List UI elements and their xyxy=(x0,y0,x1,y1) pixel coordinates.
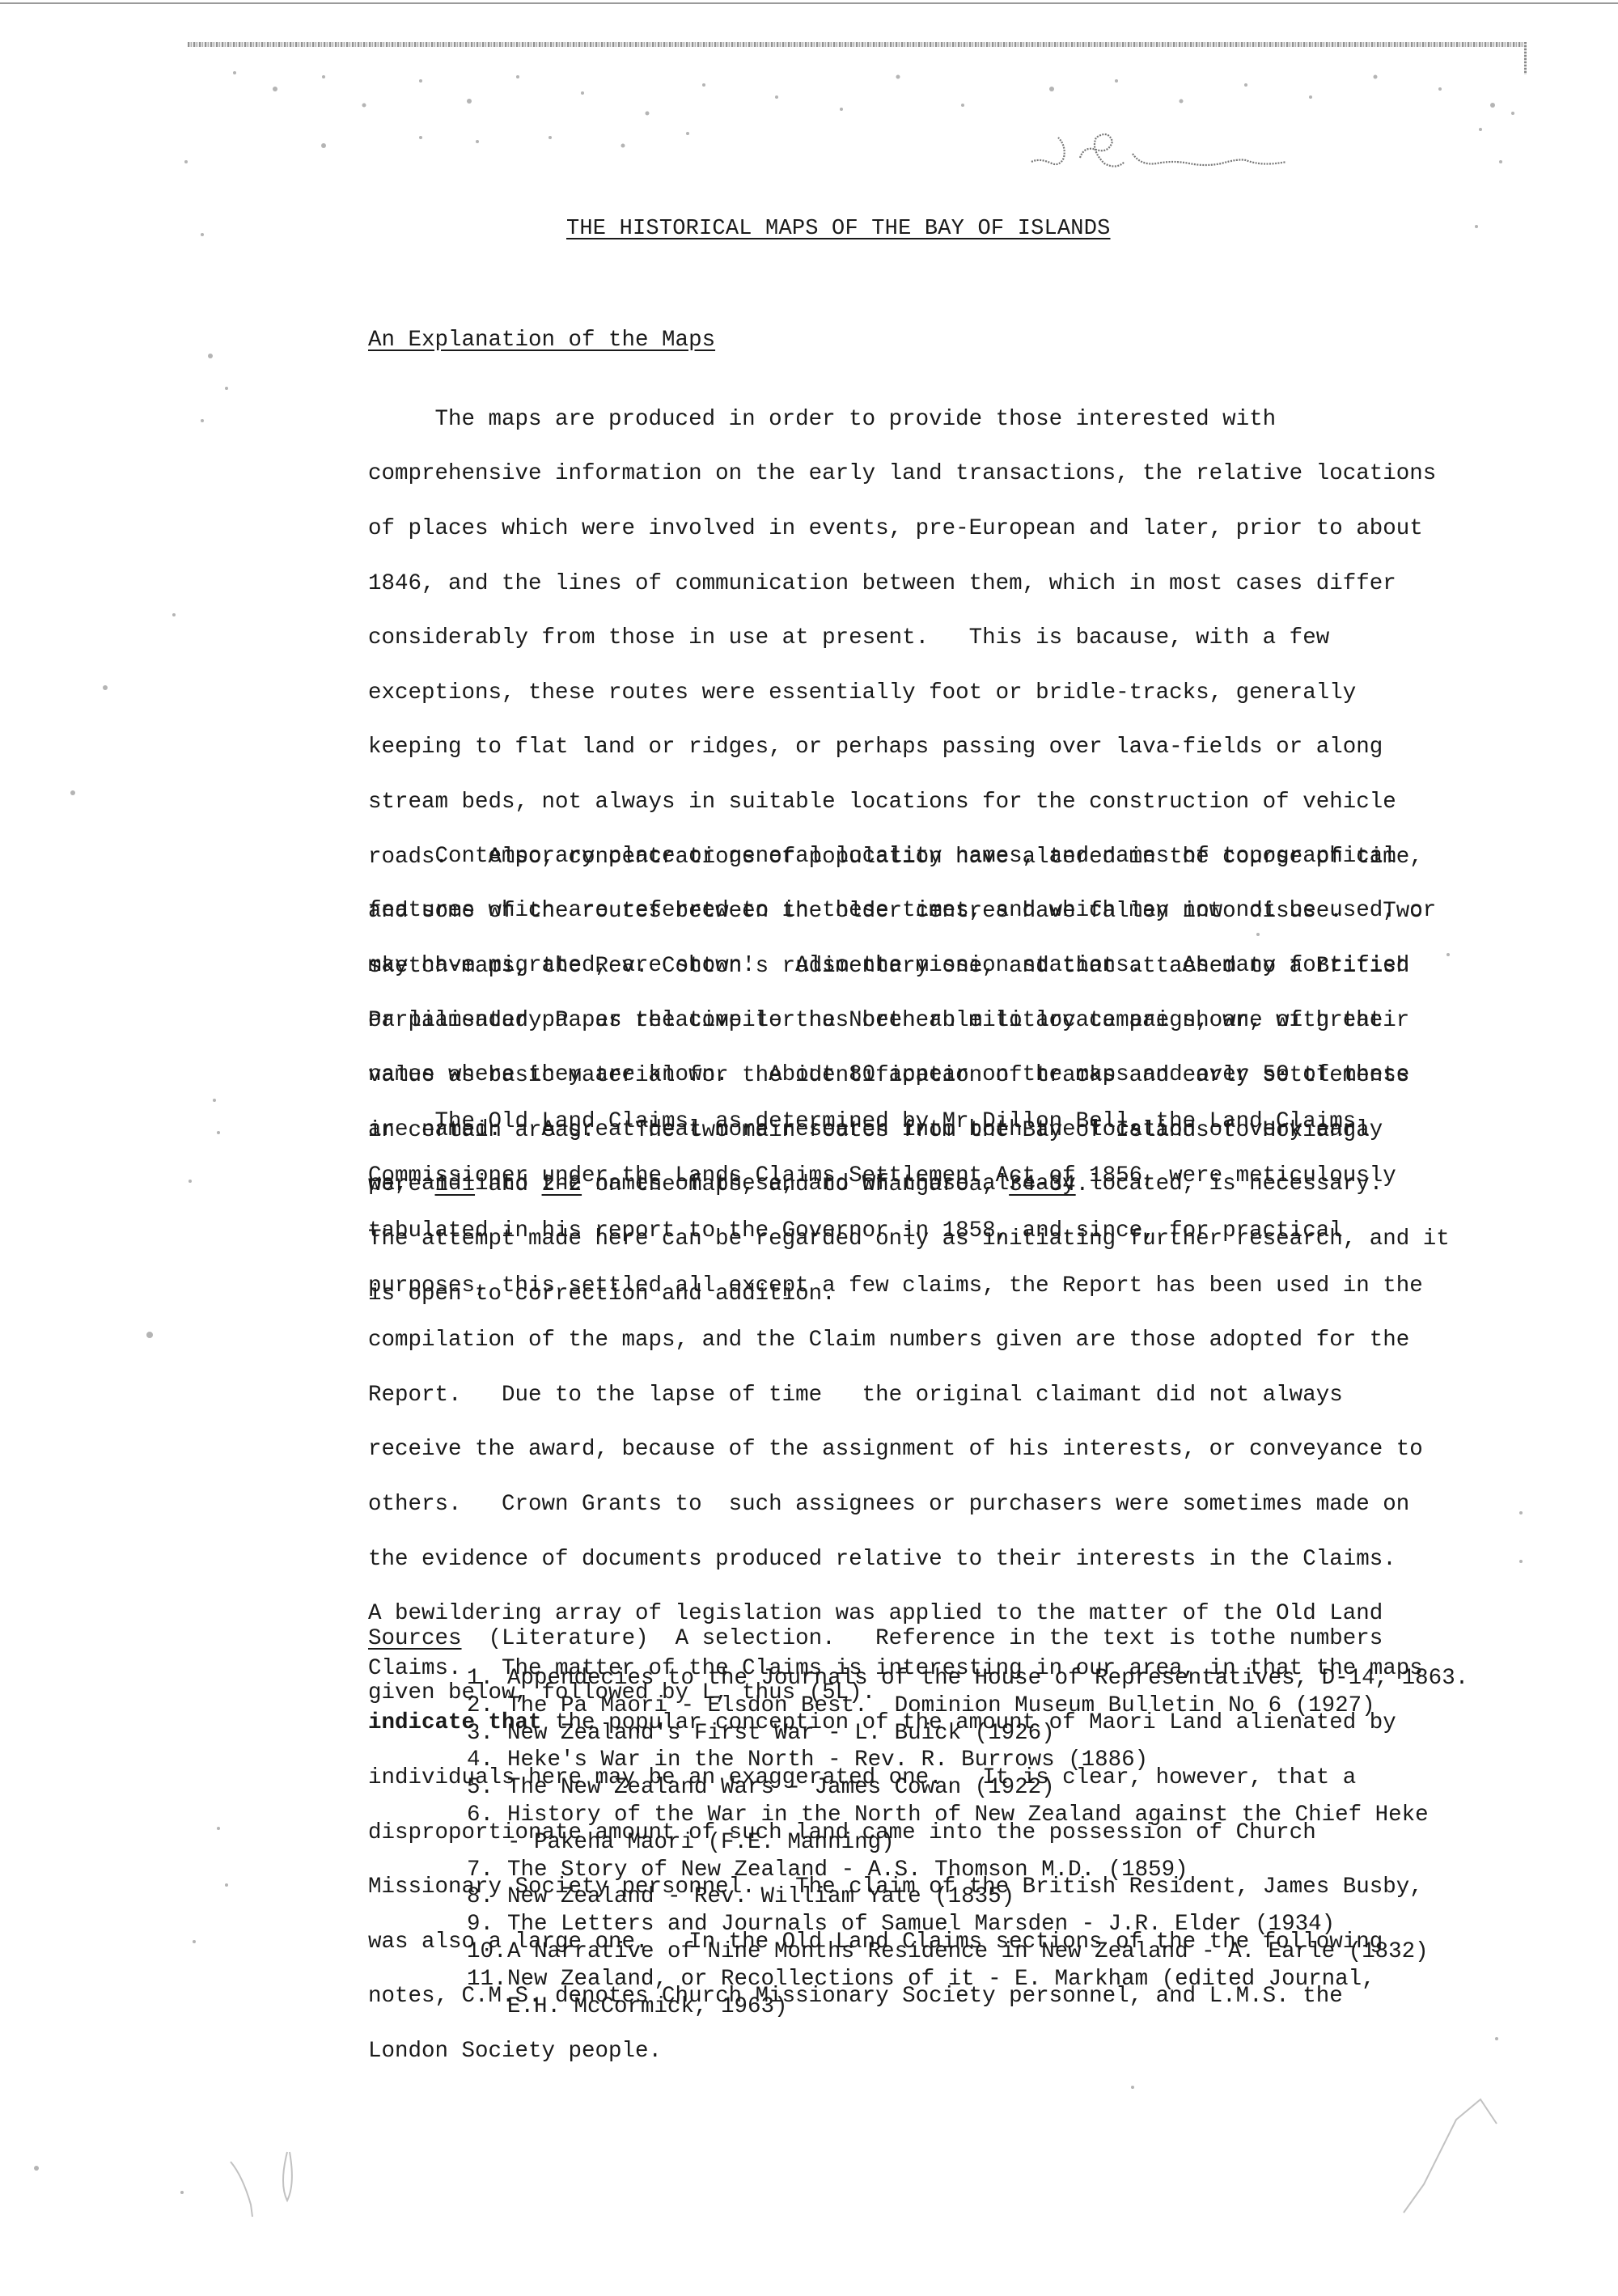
source-item: 5. The New Zealand Wars - James Cowan (1… xyxy=(368,1774,1517,1802)
text-line: or palisaded pa as the compiler has been… xyxy=(368,1007,1450,1035)
source-text: New Zealand, or Recollections of it - E.… xyxy=(507,1966,1375,2021)
source-text: Heke's War in the North - Rev. R. Burrow… xyxy=(507,1747,1148,1774)
source-number: 1. xyxy=(467,1665,507,1692)
section-heading: An Explanation of the Maps xyxy=(368,327,715,354)
text-line: 1846, and the lines of communication bet… xyxy=(368,570,1436,598)
sources-list: 1. Appendecies to the Journals of the Ho… xyxy=(368,1665,1517,2020)
source-item: 1. Appendecies to the Journals of the Ho… xyxy=(368,1665,1517,1692)
text-line: comprehensive information on the early l… xyxy=(368,460,1436,488)
source-text: New Zealand - Rev. William Yate (1835) xyxy=(507,1883,1014,1911)
source-number: 4. xyxy=(467,1747,507,1774)
text-line: keeping to flat land or ridges, or perha… xyxy=(368,734,1436,761)
source-text: New Zealand's First War - L. Buick (1926… xyxy=(507,1720,1055,1747)
source-number: 6. xyxy=(467,1802,507,1829)
source-item: 10. A Narrative of Nine Months Residence… xyxy=(368,1938,1517,1966)
text-line: purposes, this settled all except a few … xyxy=(368,1273,1423,1300)
source-item: 2. The Pa Maori - Elsdon Best. Dominion … xyxy=(368,1692,1517,1720)
text-line: tabulated in his report to the Governor … xyxy=(368,1218,1423,1245)
source-number: 8. xyxy=(467,1883,507,1911)
document-title: THE HISTORICAL MAPS OF THE BAY OF ISLAND… xyxy=(566,215,1111,243)
source-item: 11. New Zealand, or Recollections of it … xyxy=(368,1966,1517,2021)
text-line: features which are referred to in these … xyxy=(368,897,1450,925)
source-number: 11. xyxy=(467,1966,507,1993)
scan-top-border xyxy=(0,2,1618,4)
text-line: exceptions, these routes were essentiall… xyxy=(368,680,1436,707)
source-item: 9. The Letters and Journals of Samuel Ma… xyxy=(368,1911,1517,1938)
source-number: 3. xyxy=(467,1720,507,1747)
source-number: 2. xyxy=(467,1692,507,1720)
source-item: 6. History of the War in the North of Ne… xyxy=(368,1802,1517,1857)
source-text: History of the War in the North of New Z… xyxy=(507,1802,1429,1857)
text-line: the evidence of documents produced relat… xyxy=(368,1546,1423,1574)
source-text: Appendecies to the Journals of the House… xyxy=(507,1665,1468,1692)
source-text: The Pa Maori - Elsdon Best. Dominion Mus… xyxy=(507,1692,1375,1720)
text-line: The Old Land Claims, as determined by Mr… xyxy=(368,1108,1423,1136)
text-line: others. Crown Grants to such assignees o… xyxy=(368,1491,1423,1519)
text-line: compilation of the maps, and the Claim n… xyxy=(368,1327,1423,1354)
text-line: of places which were involved in events,… xyxy=(368,515,1436,543)
text-line: receive the award, because of the assign… xyxy=(368,1436,1423,1464)
source-number: 9. xyxy=(467,1911,507,1938)
text-line: considerably from those in use at presen… xyxy=(368,625,1436,652)
source-text: The New Zealand Wars - James Cowan (1922… xyxy=(507,1774,1055,1802)
text-line: stream beds, not always in suitable loca… xyxy=(368,789,1436,816)
source-text: The Story of New Zealand - A.S. Thomson … xyxy=(507,1857,1188,1884)
text-line: Report. Due to the lapse of time the ori… xyxy=(368,1382,1423,1409)
text-line: Sources (Literature) A selection. Refere… xyxy=(368,1625,1383,1653)
scan-page-edge xyxy=(188,42,1527,47)
scan-page-edge-corner xyxy=(1524,42,1527,74)
text-line: The maps are produced in order to provid… xyxy=(368,406,1436,434)
text-line: Commissioner under the Lands Claims Sett… xyxy=(368,1163,1423,1190)
text-line: London Society people. xyxy=(368,2038,1423,2065)
handwritten-signature xyxy=(995,113,1302,178)
source-number: 7. xyxy=(467,1857,507,1884)
source-number: 10. xyxy=(467,1938,507,1966)
source-number: 5. xyxy=(467,1774,507,1802)
source-item: 4. Heke's War in the North - Rev. R. Bur… xyxy=(368,1747,1517,1774)
text-line: may have migrated, are shown. Also the m… xyxy=(368,952,1450,980)
text-line: Contemporary place or general locality n… xyxy=(368,843,1450,871)
source-text: A Narrative of Nine Months Residence in … xyxy=(507,1938,1429,1966)
sources-label: Sources xyxy=(368,1626,462,1651)
source-text: The Letters and Journals of Samuel Marsd… xyxy=(507,1911,1335,1938)
source-item: 8. New Zealand - Rev. William Yate (1835… xyxy=(368,1883,1517,1911)
source-item: 7. The Story of New Zealand - A.S. Thoms… xyxy=(368,1857,1517,1884)
source-item: 3. New Zealand's First War - L. Buick (1… xyxy=(368,1720,1517,1747)
